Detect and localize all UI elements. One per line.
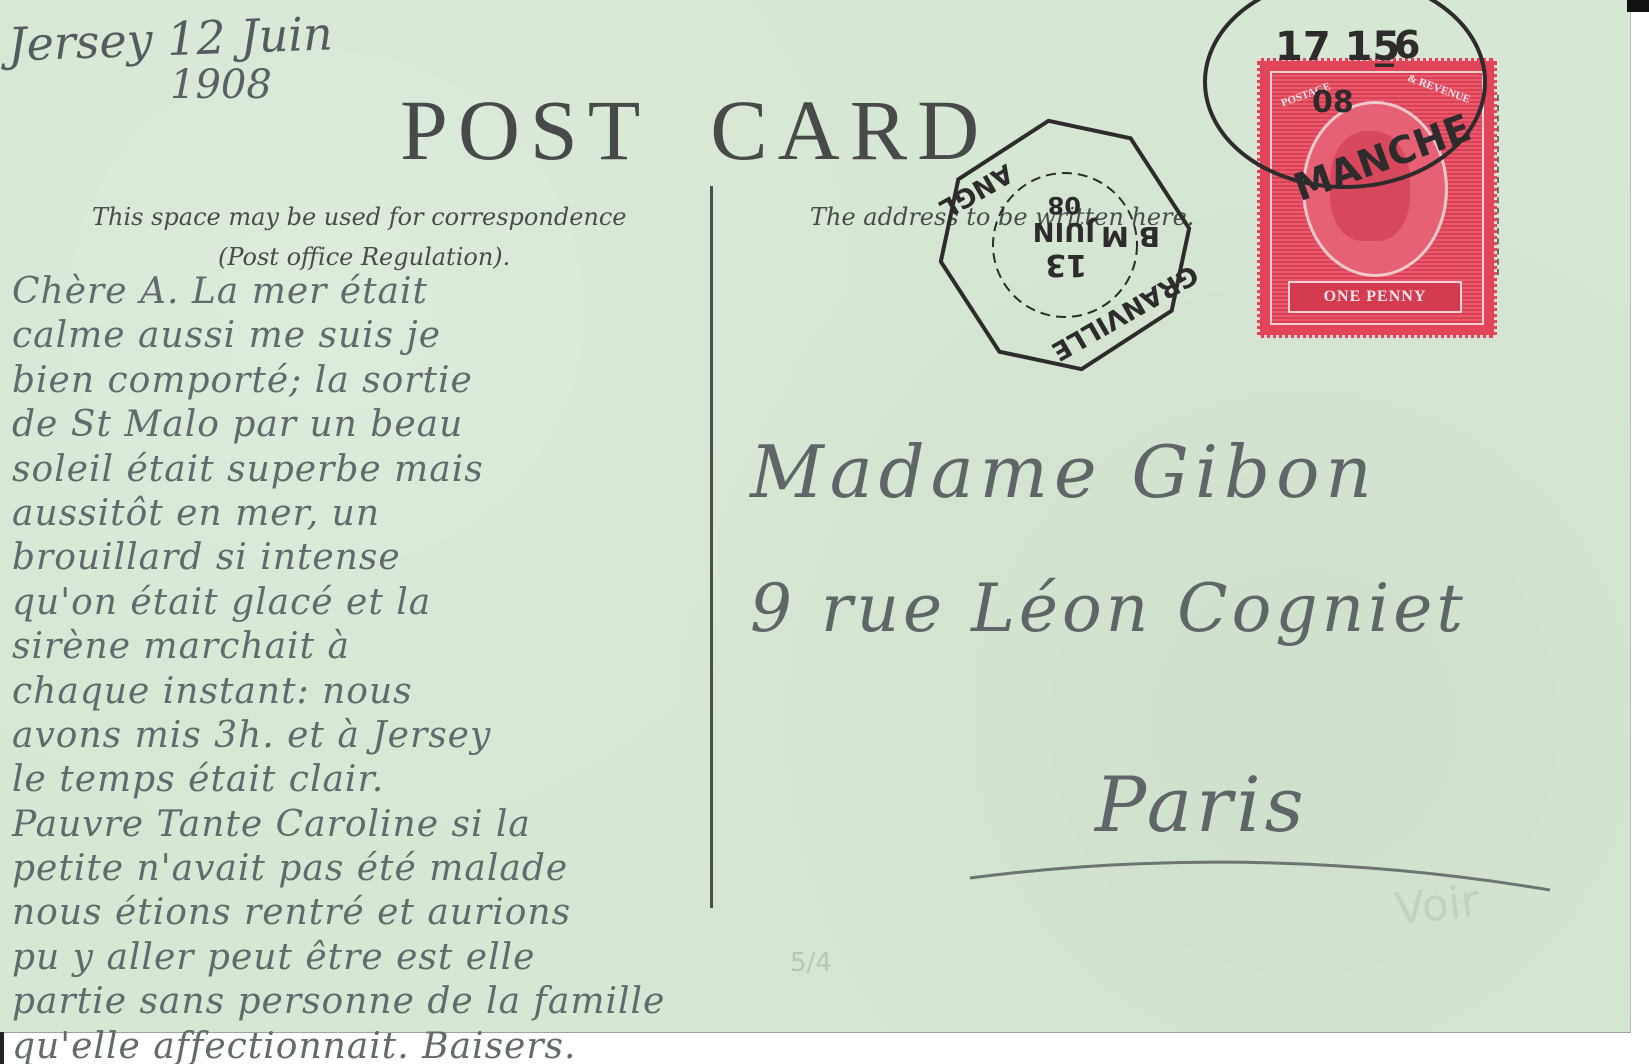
- message-line: bien comporté; la sortie: [12, 359, 732, 403]
- message-line: nous étions rentré et aurions: [12, 891, 732, 935]
- handwritten-date-year: 1908: [170, 62, 272, 108]
- message-line: petite n'avait pas été malade: [12, 847, 732, 891]
- pencil-annotation: Voir: [1393, 876, 1482, 935]
- message-line: qu'on était glacé et la: [12, 581, 732, 625]
- recipient-city: Paris: [1095, 760, 1308, 849]
- message-line: avons mis 3h. et à Jersey: [12, 714, 732, 758]
- message-line: calme aussi me suis je: [12, 314, 732, 358]
- stamp-placement-guide: [1497, 95, 1501, 275]
- message-line: pu y aller peut être est elle: [12, 936, 732, 980]
- postcard: Jersey 12 Juin 1908 POST CARD This space…: [0, 0, 1631, 1033]
- stamp-value-label: ONE PENNY: [1288, 281, 1462, 313]
- message-line: de St Malo par un beau: [12, 403, 732, 447]
- message-line: Chère A. La mer était: [12, 270, 732, 314]
- message-line: brouillard si intense: [12, 536, 732, 580]
- correspondence-label: This space may be used for correspondenc…: [92, 203, 627, 231]
- message-line: qu'elle affectionnait. Baisers.: [12, 1025, 732, 1064]
- message-line: aussitôt en mer, un: [12, 492, 732, 536]
- message-line: partie sans personne de la famille: [12, 980, 732, 1024]
- message-line: sirène marchait à: [12, 625, 732, 669]
- message-line: le temps était clair.: [12, 758, 732, 802]
- scan-edge-mark-left: [0, 1032, 4, 1064]
- pencil-annotation-small: 5/4: [790, 948, 832, 978]
- address-label: The address to be written here.: [810, 203, 1194, 231]
- correspondence-regulation-label: (Post office Regulation).: [218, 243, 510, 271]
- message-line: soleil était superbe mais: [12, 448, 732, 492]
- message-line: Pauvre Tante Caroline si la: [12, 803, 732, 847]
- handwritten-message: Chère A. La mer était calme aussi me sui…: [12, 270, 732, 1064]
- postage-stamp: POSTAGE & REVENUE ONE PENNY: [1257, 58, 1497, 338]
- king-portrait-icon: [1330, 131, 1410, 241]
- recipient-name: Madame Gibon: [750, 430, 1378, 514]
- recipient-street: 9 rue Léon Cogniet: [750, 570, 1467, 647]
- postcard-title: POST CARD: [400, 80, 989, 180]
- message-line: chaque instant: nous: [12, 670, 732, 714]
- scan-edge-mark: [1627, 0, 1649, 12]
